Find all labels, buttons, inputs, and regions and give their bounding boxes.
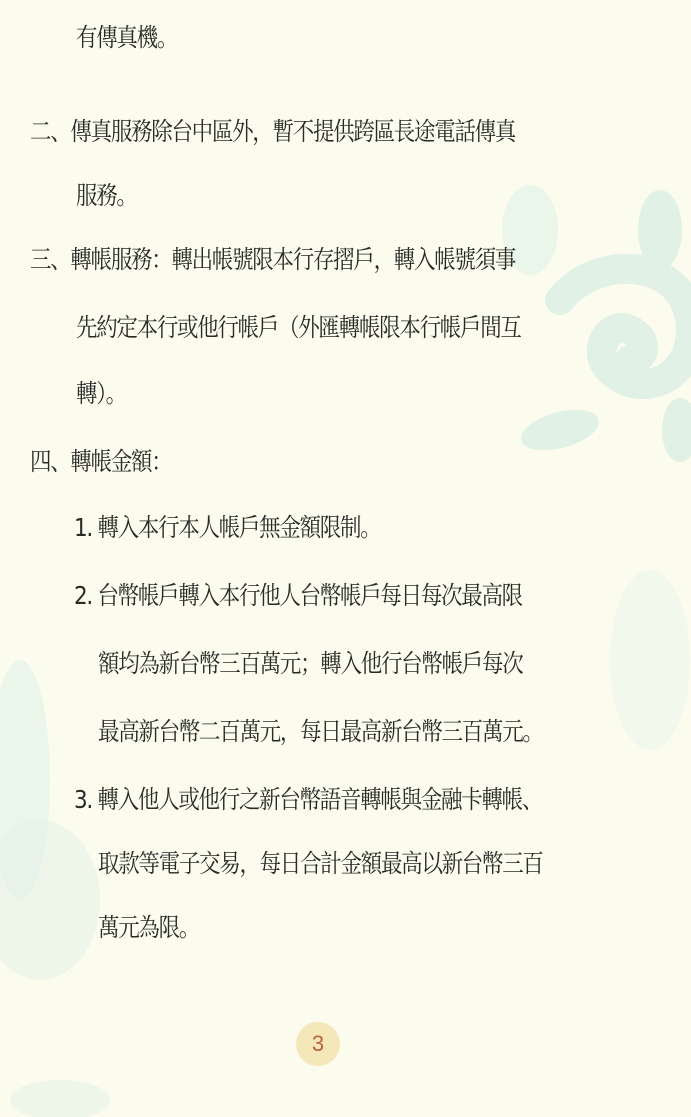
- document-page: 有傳真機。 二、傳真服務除台中區外，暫不提供跨區長途電話傳真 服務。 三、轉帳服…: [0, 0, 691, 1117]
- text-line: 有傳真機。: [76, 22, 177, 54]
- section-four-heading: 四、轉帳金額：: [30, 446, 171, 478]
- text-line: 服務。: [76, 180, 137, 212]
- text-line: 先約定本行或他行帳戶（外匯轉帳限本行帳戶間互: [76, 312, 521, 344]
- list-item-1: 1. 轉入本行本人帳戶無金額限制。: [74, 512, 380, 544]
- text-line: 額均為新台幣三百萬元；轉入他行台幣帳戶每次: [98, 648, 522, 680]
- section-two-heading: 二、傳真服務除台中區外，暫不提供跨區長途電話傳真: [30, 116, 515, 148]
- list-item-2: 2. 台幣帳戶轉入本行他人台幣帳戶每日每次最高限: [74, 580, 522, 612]
- text-line: 萬元為限。: [98, 912, 199, 944]
- list-item-3: 3. 轉入他人或他行之新台幣語音轉帳與金融卡轉帳、: [74, 784, 542, 816]
- text-line: 最高新台幣二百萬元，每日最高新台幣三百萬元。: [98, 716, 543, 748]
- page-number-badge: 3: [296, 1022, 340, 1066]
- page-number: 3: [312, 1031, 324, 1057]
- text-line: 轉）。: [76, 378, 126, 410]
- section-three-heading: 三、轉帳服務：轉出帳號限本行存摺戶，轉入帳號須事: [30, 244, 515, 276]
- text-line: 取款等電子交易，每日合計金額最高以新台幣三百: [98, 848, 543, 880]
